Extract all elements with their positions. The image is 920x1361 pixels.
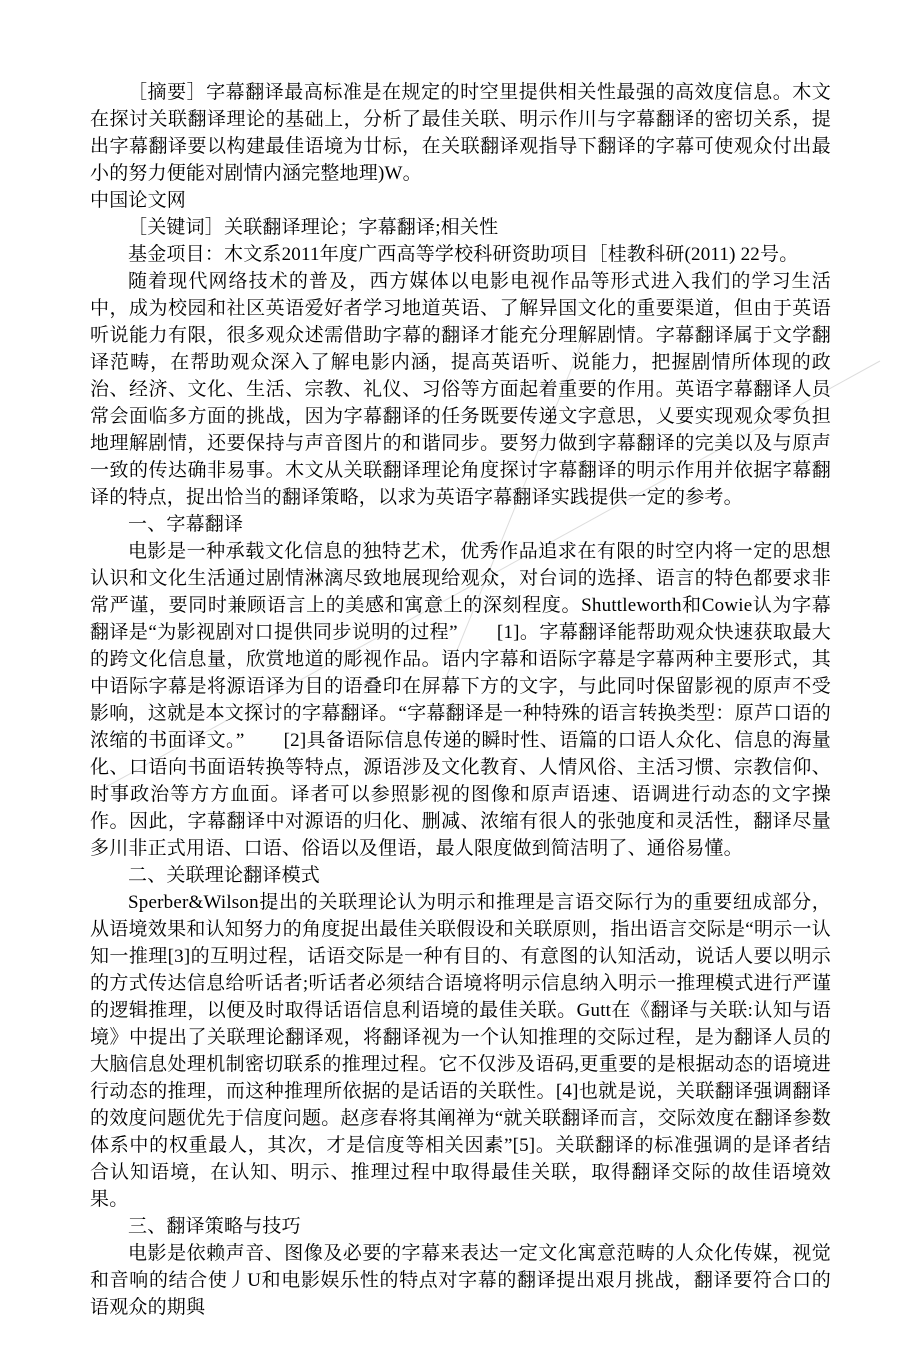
keywords: ［关键词］关联翻译理论；字幕翻译;相关性 [90,214,831,241]
section-2-heading: 二、关联理论翻译模式 [90,862,831,889]
site-name: 中国论文网 [90,187,831,214]
funding-project: 基金项目：木文系2011年度广西高等学校科研资助项目［桂教科研(2011) 22… [90,241,831,268]
section-3-heading: 三、翻译策略与技巧 [90,1213,831,1240]
section-1-paragraph: 电影是一种承载文化信息的独特艺术，优秀作品追求在有限的时空内将一定的思想认识和文… [90,538,831,862]
section-1-heading: 一、字幕翻译 [90,511,831,538]
section-3-paragraph: 电影是依赖声音、图像及必要的字幕来表达一定文化寓意范畴的人众化传媒，视觉和音响的… [90,1240,831,1321]
document-body: ［摘要］字幕翻译最高标准是在规定的时空里提供相关性最强的高效度信息。木文在探讨关… [90,79,831,1321]
section-2-paragraph: Sperber&Wilson提出的关联理论认为明示和推理是言语交际行为的重要纽成… [90,889,831,1213]
document-page: ［摘要］字幕翻译最高标准是在规定的时空里提供相关性最强的高效度信息。木文在探讨关… [0,0,920,1361]
abstract: ［摘要］字幕翻译最高标准是在规定的时空里提供相关性最强的高效度信息。木文在探讨关… [90,79,831,187]
introduction-paragraph: 随着现代网络技术的普及，西方媒体以电影电视作品等形式进入我们的学习生活中，成为校… [90,268,831,511]
